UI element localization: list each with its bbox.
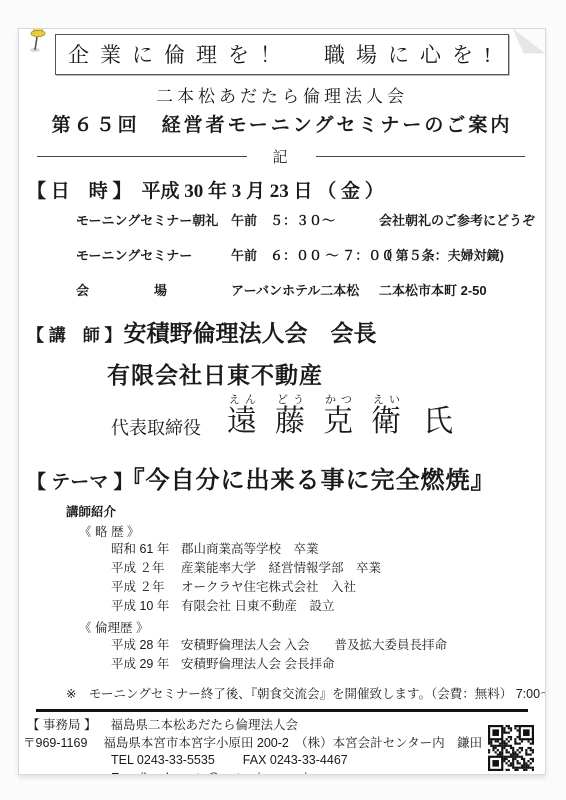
theme-heading: 【 テーマ 】『今自分に出来る事に完全燃焼』	[27, 460, 545, 495]
entry-desc: 安積野倫理法人会 会長拝命	[181, 655, 334, 674]
theme-value: 『今自分に出来る事に完全燃焼』	[133, 468, 496, 494]
pushpin-icon	[26, 28, 50, 62]
divider-line-left	[37, 156, 247, 157]
entry-desc: 安積野倫理法人会 入会 普及拡大委員長拝命	[181, 636, 447, 655]
schedule-note: （ 第５条：夫婦対鏡)	[379, 245, 504, 264]
schedule-row-venue: 会 場 アーバンホテル二本松 二本松市本町 2-50	[76, 280, 545, 299]
office-email-row: E-mail ： kamata@motomiya-mcs.jp	[111, 770, 545, 776]
ki-divider: 記	[37, 146, 525, 167]
career-entry: 平成 ２年 オークラヤ住宅株式会社 入社	[111, 578, 545, 597]
lecturer-company: 有限会社日東不動産	[107, 357, 545, 390]
datetime-heading: 【 日 時 】平成 30 年 3 月 23 日 （ 金 ）	[27, 176, 545, 203]
office-footer: 【 事務局 】福島県二本松あだたら倫理法人会 〒969-1169福島県本宮市本宮…	[19, 717, 545, 775]
lecturer-title: 代表取締役	[111, 418, 201, 438]
lecturer-name: 遠えん藤どう克かつ衛えい	[227, 405, 419, 438]
career-entry: 平成 10 年 有限会社 日東不動産 設立	[111, 597, 545, 616]
lecturer-name-row: 代表取締役遠えん藤どう克かつ衛えい氏	[111, 394, 545, 440]
entry-year: 平成 28 年	[111, 636, 181, 655]
schedule-time: 午前 ５：３０～	[231, 210, 379, 229]
schedule-label: モーニングセミナー	[76, 245, 231, 264]
schedule-table: モーニングセミナー朝礼 午前 ５：３０～ 会社朝礼のご参考にどうぞ モーニングセ…	[76, 210, 545, 299]
entry-desc: 産業能率大学 経営情報学部 卒業	[181, 559, 381, 578]
entry-year: 昭和 61 年	[111, 540, 181, 559]
datetime-value: 平成 30 年 3 月 23 日 （ 金 ）	[142, 181, 384, 202]
career-entry: 平成 ２年 産業能率大学 経営情報学部 卒業	[111, 559, 545, 578]
entry-desc: 有限会社 日東不動産 設立	[181, 597, 334, 616]
office-email: E-mail ： kamata@motomiya-mcs.jp	[111, 771, 314, 776]
organization-name: 二本松あだたら倫理法人会	[19, 82, 545, 107]
schedule-row-asarei: モーニングセミナー朝礼 午前 ５：３０～ 会社朝礼のご参考にどうぞ	[76, 210, 545, 229]
office-tel: TEL 0243-33-5535	[111, 753, 215, 767]
section-career-title: 《 略 歴 》	[79, 522, 545, 540]
entry-year: 平成 ２年	[111, 559, 181, 578]
schedule-time: 午前 ６：００ ～ ７：００	[231, 245, 379, 264]
career-entry: 昭和 61 年 郡山商業高等学校 卒業	[111, 540, 545, 559]
office-phone-row: TEL 0243-33-5535FAX 0243-33-4467	[111, 752, 545, 770]
divider-line-right	[316, 156, 526, 157]
entry-desc: オークラヤ住宅株式会社 入社	[181, 578, 356, 597]
rinri-entry: 平成 28 年 安積野倫理法人会 入会 普及拡大委員長拝命	[111, 636, 545, 655]
office-postal: 〒969-1169	[23, 736, 87, 750]
lecturer-org: 安積野倫理法人会 会長	[123, 321, 376, 346]
lecturer-profile: 講師紹介 《 略 歴 》 昭和 61 年 郡山商業高等学校 卒業 平成 ２年 産…	[19, 502, 545, 674]
profile-heading: 講師紹介	[66, 502, 545, 520]
office-fax: FAX 0243-33-4467	[243, 753, 348, 767]
breakfast-footnote: ※ モーニングセミナー終了後、『朝食交流会』を開催致します。（会費：無料） 7:…	[66, 684, 545, 702]
entry-desc: 郡山商業高等学校 卒業	[181, 540, 319, 559]
venue-name: アーバンホテル二本松	[231, 280, 379, 299]
schedule-row-seminar: モーニングセミナー 午前 ６：００ ～ ７：００ （ 第５条：夫婦対鏡)	[76, 245, 545, 264]
entry-year: 平成 ２年	[111, 578, 181, 597]
lecturer-label: 【 講 師 】	[27, 326, 121, 345]
theme-label: 【 テーマ 】	[27, 472, 133, 493]
rinri-entry: 平成 29 年 安積野倫理法人会 会長拝命	[111, 655, 545, 674]
office-org: 福島県二本松あだたら倫理法人会	[110, 718, 298, 732]
office-address-row: 〒969-1169福島県本宮市本宮字小原田 200-2 （株）本宮会計センター内…	[23, 735, 545, 753]
schedule-label: 会 場	[76, 280, 231, 299]
flyer-page: 企業に倫理を！ 職場に心を! 二本松あだたら倫理法人会 第６５回 経営者モーニン…	[18, 28, 546, 775]
seminar-title: 第６５回 経営者モーニングセミナーのご案内	[19, 110, 545, 137]
venue-address: 二本松市本町 2-50	[379, 280, 487, 299]
banner-slogan: 企業に倫理を！ 職場に心を!	[55, 34, 509, 75]
section-rinri-title: 《 倫理歴 》	[79, 618, 545, 636]
entry-year: 平成 10 年	[111, 597, 181, 616]
honorific: 氏	[423, 405, 453, 438]
footer-divider	[36, 709, 528, 712]
office-heading: 【 事務局 】福島県二本松あだたら倫理法人会	[27, 717, 545, 735]
office-label: 【 事務局 】	[27, 718, 96, 732]
schedule-label: モーニングセミナー朝礼	[76, 210, 231, 229]
ki-label: 記	[247, 146, 316, 167]
office-address: 福島県本宮市本宮字小原田 200-2 （株）本宮会計センター内 鎌田	[103, 736, 482, 750]
schedule-note: 会社朝礼のご参考にどうぞ	[379, 210, 535, 229]
datetime-label: 【 日 時 】	[27, 181, 132, 202]
entry-year: 平成 29 年	[111, 655, 181, 674]
lecturer-heading: 【 講 師 】安積野倫理法人会 会長	[27, 315, 545, 348]
qr-code	[485, 719, 537, 775]
